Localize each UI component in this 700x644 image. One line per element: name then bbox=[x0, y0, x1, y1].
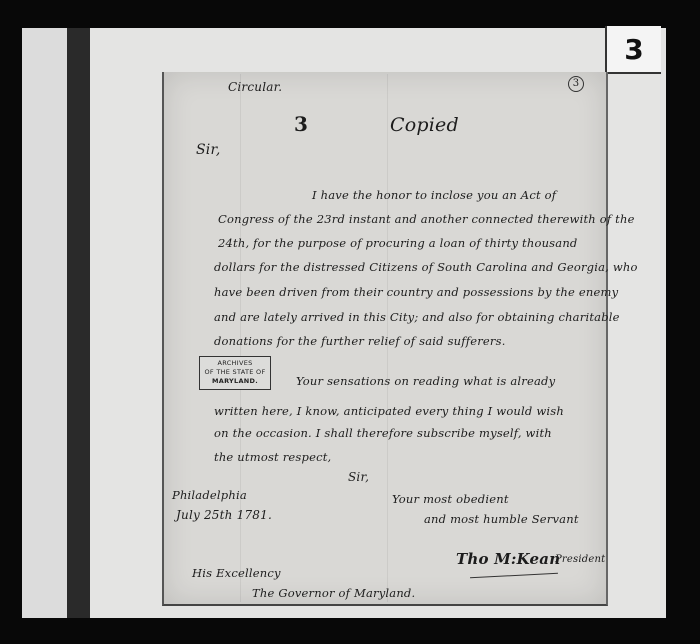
body-line: donations for the further relief of said… bbox=[214, 334, 506, 348]
body-line: I have the honor to inclose you an Act o… bbox=[312, 188, 556, 202]
signature-title: President bbox=[555, 554, 605, 565]
stamp-line: MARYLAND. bbox=[200, 377, 270, 386]
copied-note: Copied bbox=[390, 114, 459, 136]
folio-number: 3 bbox=[294, 112, 308, 136]
signature: Tho M:Kean bbox=[456, 550, 560, 568]
addressee-line: The Governor of Maryland. bbox=[252, 586, 415, 600]
circled-page-number: 3 bbox=[568, 76, 584, 92]
addressee-line: His Excellency bbox=[192, 566, 281, 580]
archives-stamp: ARCHIVES OF THE STATE OF MARYLAND. bbox=[199, 356, 271, 390]
scan-left-strip bbox=[22, 28, 68, 618]
body-line: and are lately arrived in this City; and… bbox=[214, 310, 620, 324]
stamp-line: OF THE STATE OF bbox=[200, 368, 270, 377]
body-line: written here, I know, anticipated every … bbox=[214, 404, 564, 418]
circular-heading: Circular. bbox=[228, 80, 282, 94]
body-line: dollars for the distressed Citizens of S… bbox=[214, 260, 638, 274]
date: July 25th 1781. bbox=[176, 508, 272, 522]
place: Philadelphia bbox=[172, 488, 247, 502]
body-line: Your sensations on reading what is alrea… bbox=[296, 374, 555, 388]
body-line: 24th, for the purpose of procuring a loa… bbox=[218, 236, 578, 250]
closing-line: Your most obedient bbox=[392, 492, 509, 506]
binding-shadow bbox=[67, 28, 91, 618]
stamp-line: ARCHIVES bbox=[200, 359, 270, 368]
body-line: Congress of the 23rd instant and another… bbox=[218, 212, 635, 226]
closing-salutation: Sir, bbox=[348, 470, 369, 484]
body-line: have been driven from their country and … bbox=[214, 285, 618, 299]
page-number-label: 3 bbox=[605, 26, 661, 74]
closing-line: and most humble Servant bbox=[424, 512, 579, 526]
body-line: the utmost respect, bbox=[214, 450, 331, 464]
body-line: on the occasion. I shall therefore subsc… bbox=[214, 426, 552, 440]
salutation: Sir, bbox=[196, 142, 220, 158]
